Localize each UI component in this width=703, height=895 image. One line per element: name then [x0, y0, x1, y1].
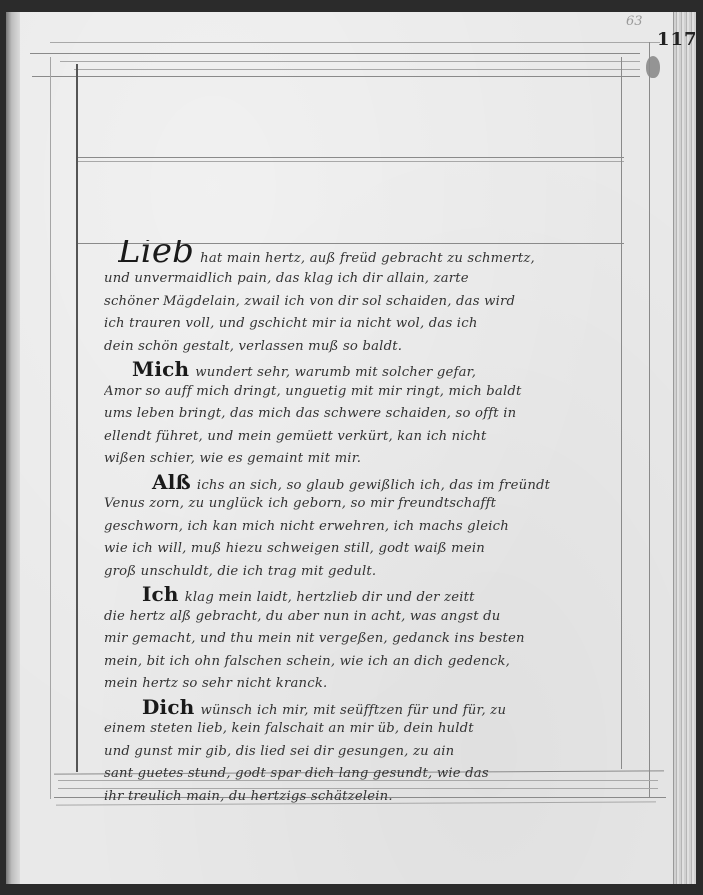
stanza-line: Alßichs an sich, so glaub gewißlich ich,…: [118, 471, 648, 494]
stanza-3: Alßichs an sich, so glaub gewißlich ich,…: [118, 471, 648, 584]
ruling-right-outer: [649, 42, 650, 797]
stanza-4: Ichklag mein laidt, hertzlieb dir und de…: [118, 583, 648, 696]
line-text: ichs an sich, so glaub gewißlich ich, da…: [197, 478, 550, 493]
folio-number: 117: [657, 29, 698, 50]
ruling-header-bottom-2: [78, 161, 624, 162]
ruling-top-5: [32, 76, 640, 77]
book-gutter: [6, 12, 20, 884]
manuscript-page: 63 117 Liebhat main hertz, auß freüd geb…: [6, 12, 696, 884]
line-text: hat main hertz, auß freüd gebracht zu sc…: [200, 251, 535, 266]
ruling-header-bottom: [78, 157, 624, 158]
stanza-1: Liebhat main hertz, auß freüd gebracht z…: [118, 240, 648, 358]
stanza-line: wie ich will, muß hiezu schweigen still,…: [104, 538, 648, 561]
stanza-5: Dichwünsch ich mir, mit seüfftzen für un…: [118, 696, 648, 809]
page-fore-edge: [673, 12, 696, 884]
stanza-line: dein schön gestalt, verlassen muß so bal…: [104, 336, 648, 359]
stanza-line: ich trauren voll, und gschicht mir ia ni…: [104, 313, 648, 336]
stanza-initial: Ich: [142, 583, 179, 606]
stanza-line: ums leben bringt, das mich das schwere s…: [104, 403, 648, 426]
folio-number-old: 63: [626, 14, 643, 29]
stanza-line: geschworn, ich kan mich nicht erwehren, …: [104, 516, 648, 539]
stanza-2: Michwundert sehr, warumb mit solcher gef…: [118, 358, 648, 471]
ruling-left-inner: [76, 64, 78, 772]
ruling-top-3: [60, 61, 640, 62]
stanza-initial: Mich: [132, 358, 189, 381]
stanza-line: die hertz alß gebracht, du aber nun in a…: [104, 606, 648, 629]
line-text: klag mein laidt, hertzlieb dir und der z…: [185, 590, 475, 605]
stanza-line: wißen schier, wie es gemaint mit mir.: [104, 448, 648, 471]
stanza-line: Venus zorn, zu unglück ich geborn, so mi…: [104, 493, 648, 516]
stanza-initial: Alß: [152, 471, 191, 494]
stanza-line: mein, bit ich ohn falschen schein, wie i…: [104, 651, 648, 674]
stanza-line: Dichwünsch ich mir, mit seüfftzen für un…: [118, 696, 648, 719]
stanza-line: schöner Mägdelain, zwail ich von dir sol…: [104, 291, 648, 314]
stanza-line: groß unschuldt, die ich trag mit gedult.: [104, 561, 648, 584]
ruling-top-1: [50, 42, 660, 43]
stanza-line: sant guetes stund, godt spar dich lang g…: [104, 763, 648, 786]
stanza-line: und unvermaidlich pain, das klag ich dir…: [104, 268, 648, 291]
ruling-top-4: [74, 69, 640, 70]
ruling-top-2: [30, 53, 640, 54]
stanza-line: mein hertz so sehr nicht kranck.: [104, 673, 648, 696]
stanza-line: mir gemacht, und thu mein nit vergeßen, …: [104, 628, 648, 651]
stanza-line: ihr treulich main, du hertzigs schätzele…: [104, 786, 648, 809]
stanza-line: ellendt führet, und mein gemüett verkürt…: [104, 426, 648, 449]
stanza-line: und gunst mir gib, dis lied sei dir gesu…: [104, 741, 648, 764]
stanza-line: einem steten lieb, kein falschait an mir…: [104, 718, 648, 741]
poem-text: Liebhat main hertz, auß freüd gebracht z…: [118, 240, 648, 808]
stanza-line: Ichklag mein laidt, hertzlieb dir und de…: [118, 583, 648, 606]
stanza-line: Liebhat main hertz, auß freüd gebracht z…: [118, 240, 648, 268]
line-text: wundert sehr, warumb mit solcher gefar,: [195, 365, 476, 380]
ruling-left-outer: [50, 57, 51, 799]
line-text: wünsch ich mir, mit seüfftzen für und fü…: [200, 703, 506, 718]
stanza-initial: Lieb: [118, 240, 194, 268]
stanza-line: Michwundert sehr, warumb mit solcher gef…: [118, 358, 648, 381]
stanza-initial: Dich: [142, 696, 194, 719]
stanza-line: Amor so auff mich dringt, unguetig mit m…: [104, 381, 648, 404]
